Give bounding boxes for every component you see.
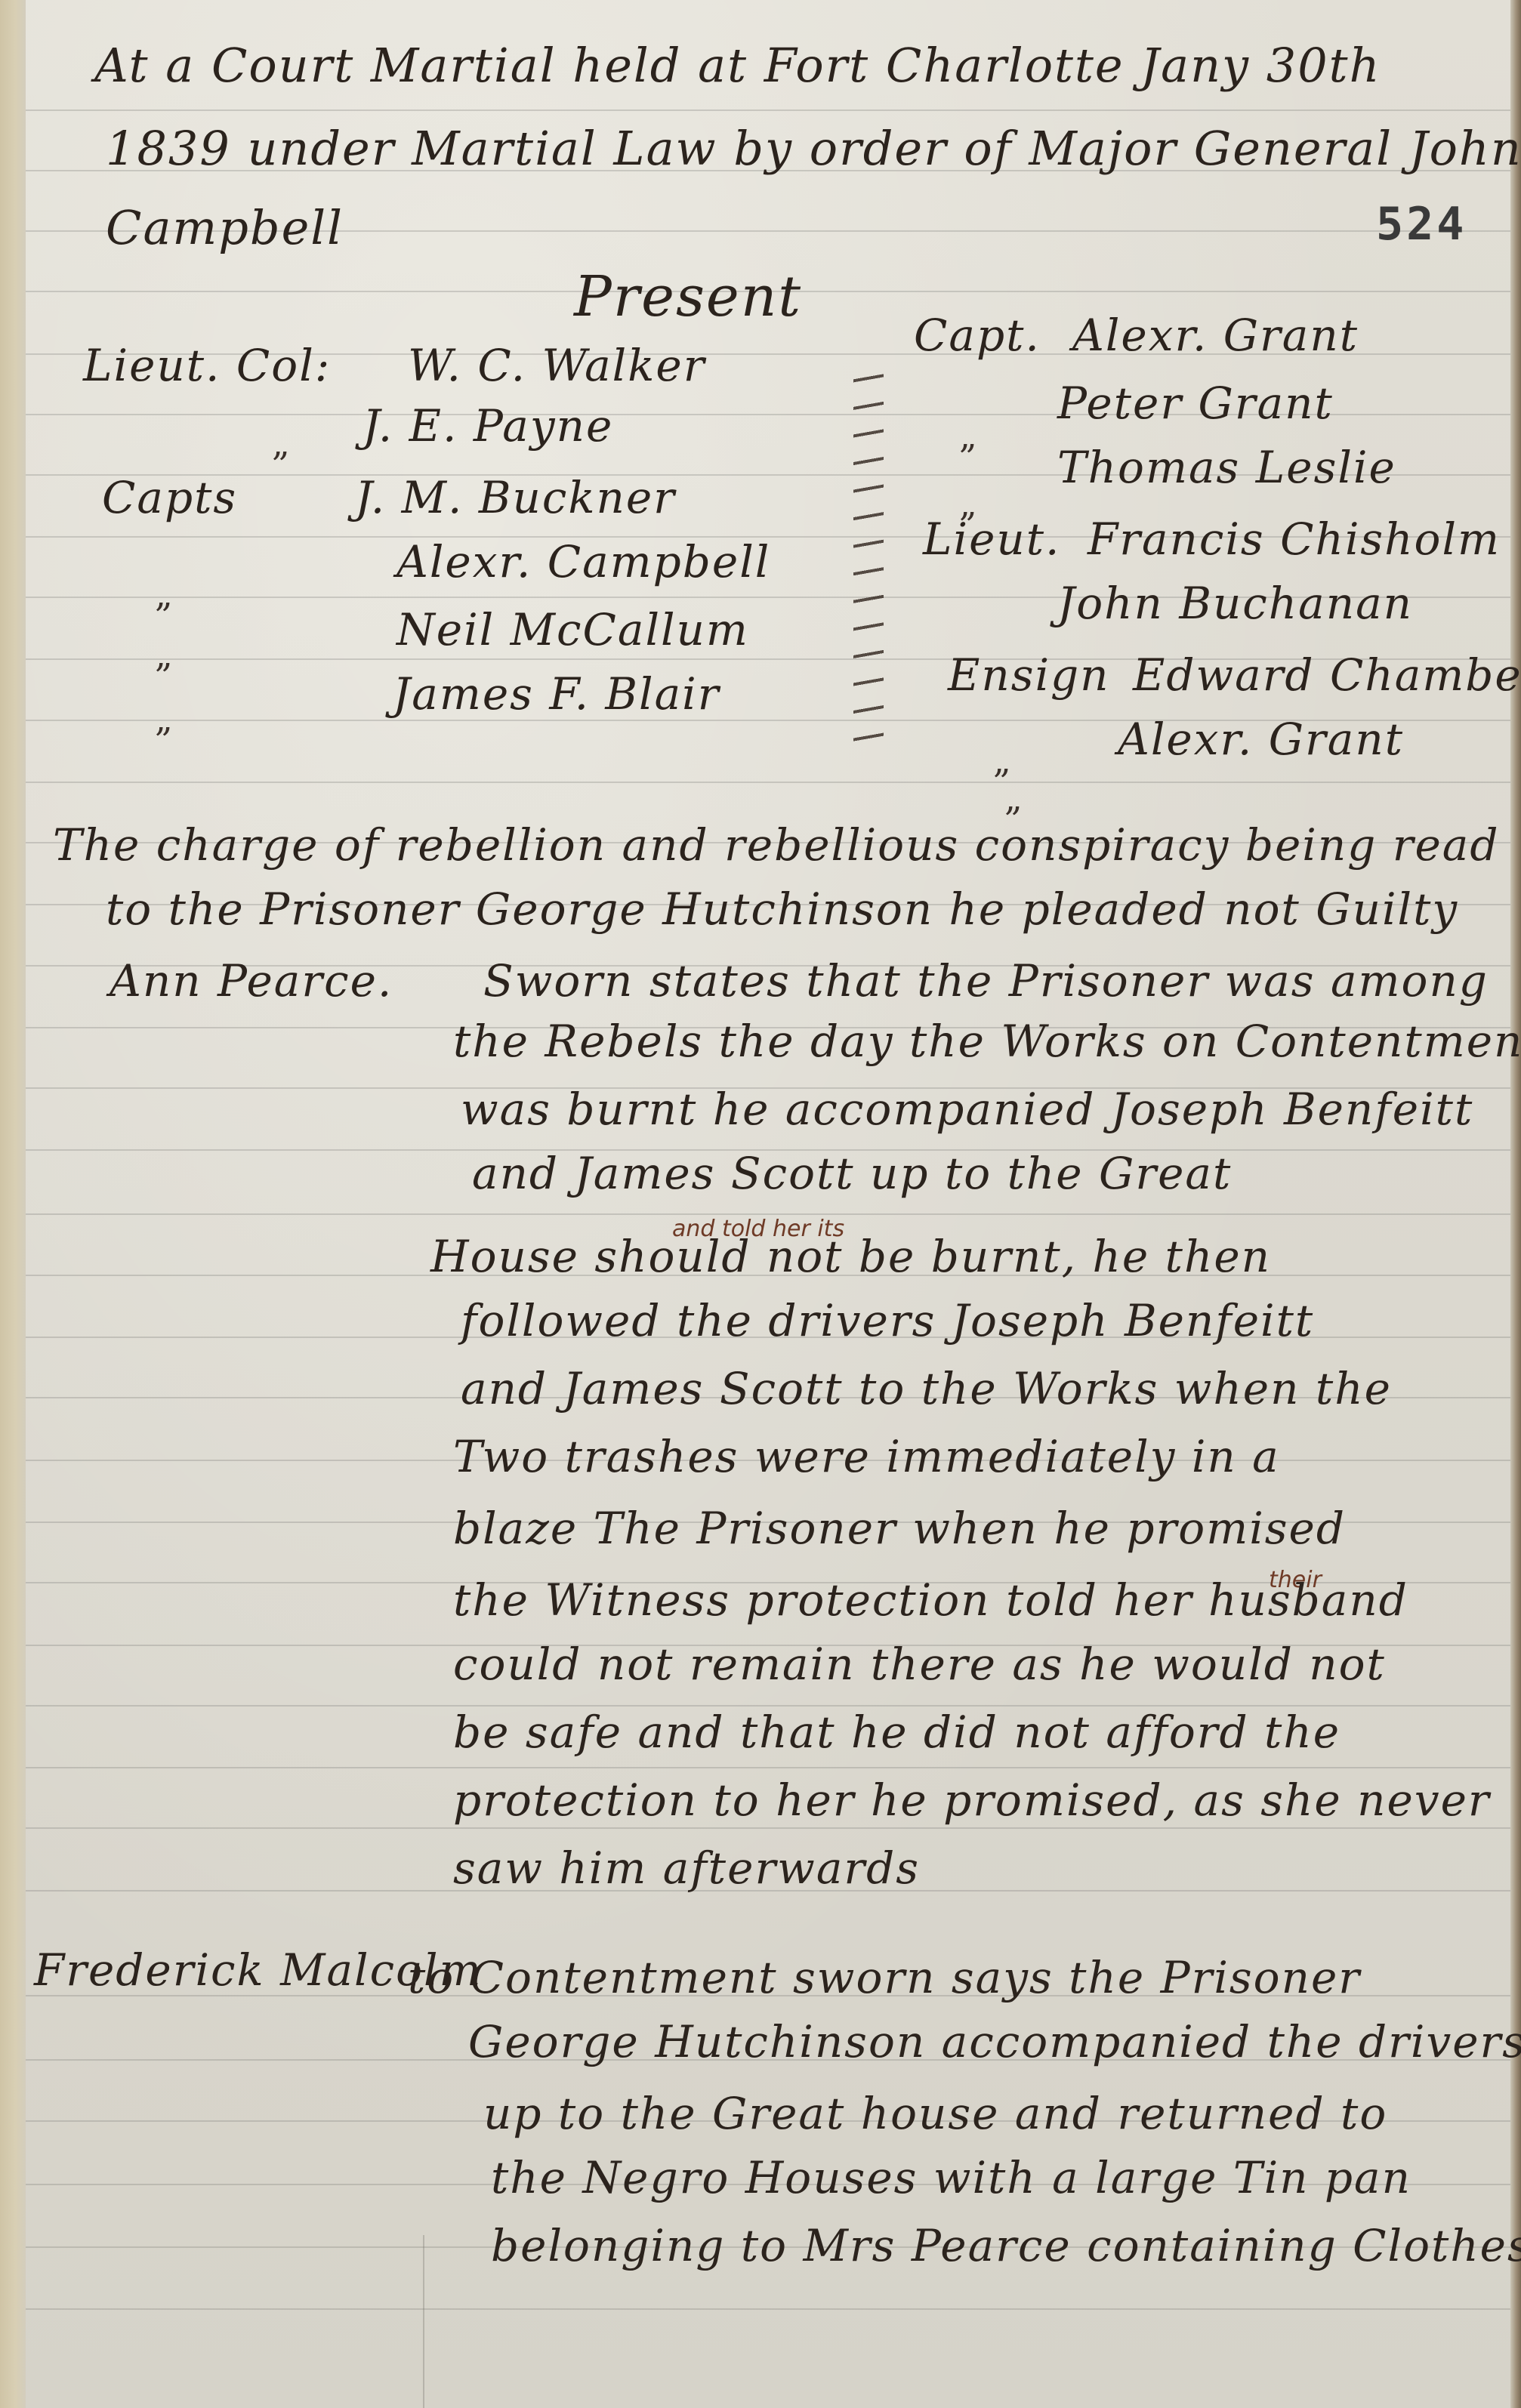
- heading-line-2: 1839 under Martial Law by order of Major…: [106, 121, 1521, 176]
- testimony-line: the Negro Houses with a large Tin pan: [491, 2152, 1411, 2203]
- member-name: John Buchanan: [1057, 578, 1413, 629]
- member-rank: Lieut. Col:: [83, 340, 385, 391]
- bracket-tick-column: [853, 362, 884, 748]
- member-name: James F. Blair: [393, 668, 720, 720]
- witness-name: Ann Pearce.: [110, 955, 393, 1007]
- manuscript-page: 524 At a Court Martial held at Fort Char…: [0, 0, 1521, 2408]
- testimony-line: could not remain there as he would not: [453, 1639, 1386, 1690]
- member-name: Alexr. Grant: [1118, 714, 1404, 765]
- ruled-line: [26, 109, 1510, 111]
- testimony-line: House should not be burnt, he then: [430, 1231, 1271, 1282]
- testimony-line: Two trashes were immediately in a: [453, 1431, 1280, 1482]
- margin-rule: [423, 2235, 424, 2408]
- testimony-line: saw him afterwards: [453, 1842, 920, 1894]
- member-name: Thomas Leslie: [1057, 442, 1396, 493]
- testimony-line: Sworn states that the Prisoner was among: [483, 955, 1489, 1007]
- ruled-line: [26, 1213, 1510, 1215]
- testimony-line: up to the Great house and returned to: [483, 2088, 1387, 2139]
- testimony-line: blaze The Prisoner when he promised: [453, 1503, 1346, 1554]
- testimony-line: belonging to Mrs Pearce containing Cloth…: [491, 2220, 1521, 2271]
- testimony-line: protection to her he promised, as she ne…: [453, 1774, 1491, 1826]
- ruled-line: [26, 1827, 1510, 1829]
- heading-line-1: At a Court Martial held at Fort Charlott…: [94, 38, 1381, 93]
- testimony-line: the Witness protection told her husband: [453, 1574, 1408, 1626]
- member-name: Francis Chisholm: [1088, 513, 1501, 565]
- member-name: W. C. Walker: [408, 340, 705, 391]
- ditto-mark: „: [155, 634, 173, 675]
- ditto-mark: „: [155, 698, 173, 739]
- testimony-line: the Rebels the day the Works on Contentm…: [453, 1016, 1521, 1067]
- testimony-line: to Contentment sworn says the Prisoner: [408, 1952, 1361, 2003]
- member-name: Peter Grant: [1057, 378, 1334, 429]
- testimony-line: and James Scott up to the Great: [472, 1148, 1232, 1199]
- member-name: J. E. Payne: [363, 400, 613, 452]
- ditto-mark: „: [1004, 778, 1023, 819]
- member-name: Neil McCallum: [396, 604, 749, 655]
- ruled-line: [26, 2308, 1510, 2310]
- testimony-line: was burnt he accompanied Joseph Benfeitt: [461, 1084, 1473, 1135]
- present-label: Present: [574, 264, 802, 329]
- member-rank: Capt.: [914, 310, 1041, 361]
- charge-line-1: The charge of rebellion and rebellious c…: [53, 819, 1500, 871]
- page-number-stamp: 524: [1376, 198, 1467, 251]
- testimony-line: George Hutchinson accompanied the driver…: [468, 2016, 1521, 2067]
- ruled-line: [26, 782, 1510, 783]
- member-name: J. M. Buckner: [355, 472, 676, 523]
- member-rank: Capts: [102, 472, 237, 523]
- ruled-line: [26, 1767, 1510, 1768]
- member-rank: Ensign: [948, 649, 1110, 701]
- testimony-line: followed the drivers Joseph Benfeitt: [461, 1295, 1314, 1346]
- member-rank: Lieut.: [923, 513, 1061, 565]
- charge-line-2: to the Prisoner George Hutchinson he ple…: [106, 883, 1458, 935]
- member-name: Alexr. Campbell: [396, 536, 770, 587]
- heading-line-3: Campbell: [106, 200, 344, 255]
- ditto-mark: „: [155, 574, 173, 615]
- page-left-edge: [0, 0, 26, 2408]
- testimony-line: be safe and that he did not afford the: [453, 1707, 1341, 1758]
- testimony-line: and James Scott to the Works when the: [461, 1363, 1392, 1414]
- ditto-mark: „: [993, 740, 1011, 781]
- member-name: Edward Chambers: [1133, 649, 1521, 701]
- ditto-mark: „: [959, 415, 977, 456]
- member-name: Alexr. Grant: [1072, 310, 1359, 361]
- ditto-mark: „: [272, 423, 290, 464]
